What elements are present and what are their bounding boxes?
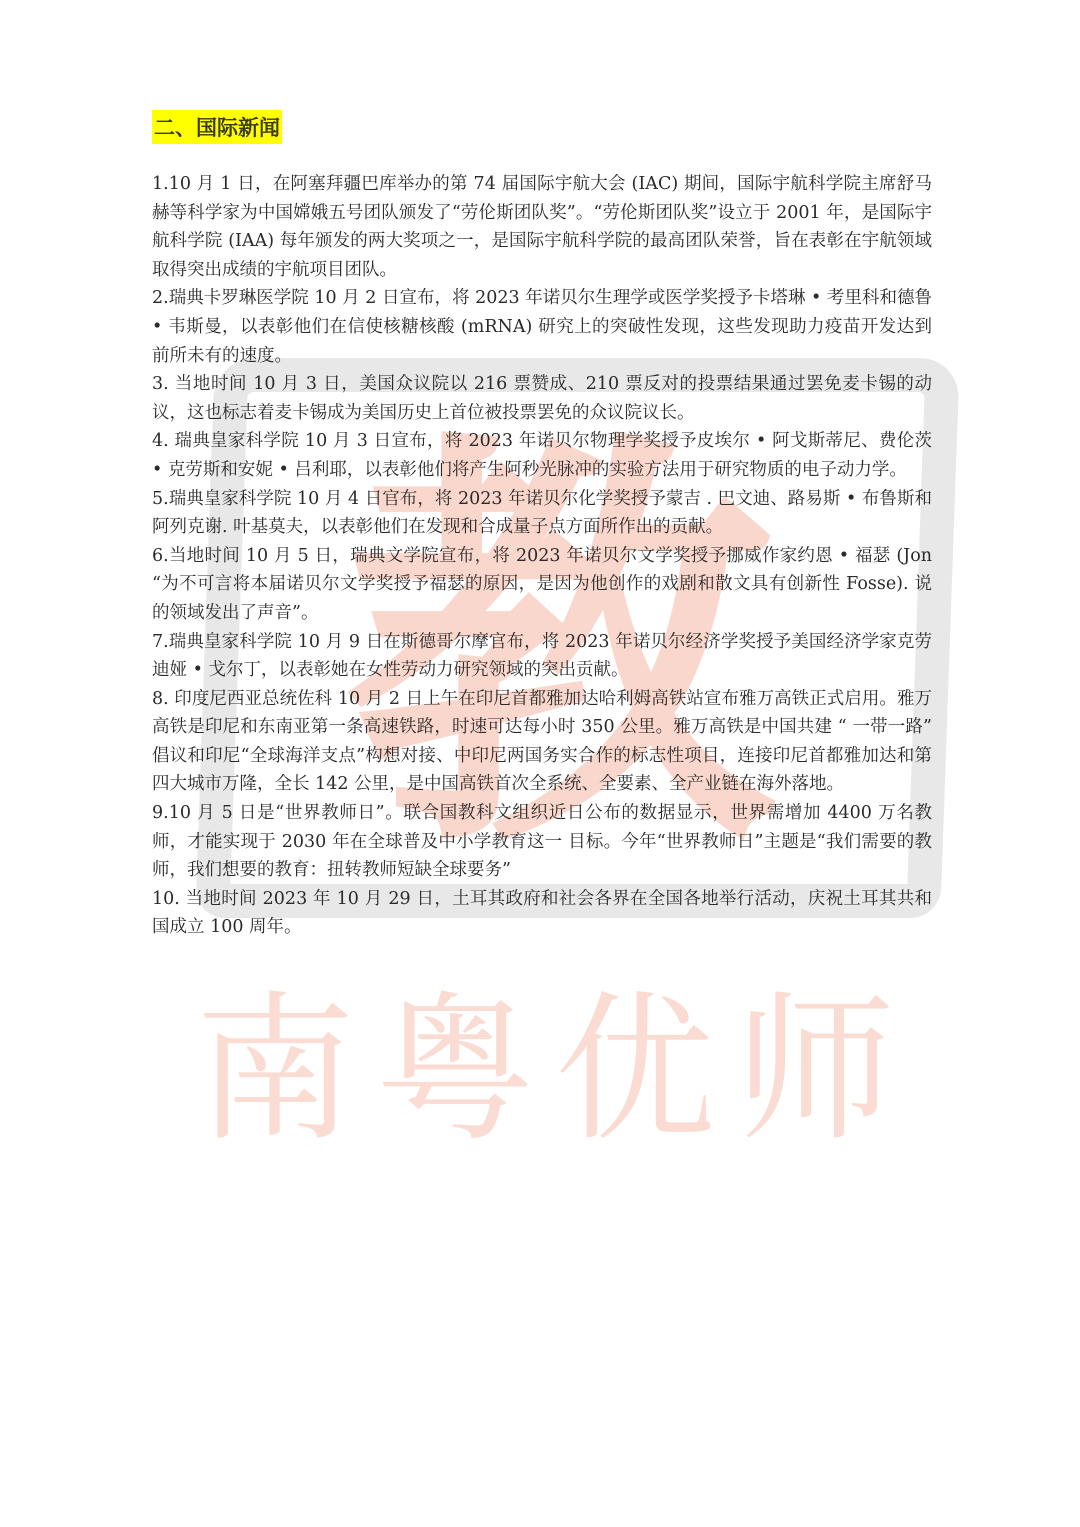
news-item-1: 1.10 月 1 日，在阿塞拜疆巴库举办的第 74 届国际宇航大会 (IAC) …: [152, 170, 932, 284]
news-item-10: 10. 当地时间 2023 年 10 月 29 日，土耳其政府和社会各界在全国各…: [152, 885, 932, 942]
news-item-5: 5.瑞典皇家科学院 10 月 4 日官布，将 2023 年诺贝尔化学奖授予蒙吉 …: [152, 485, 932, 542]
news-item-8: 8. 印度尼西亚总统佐科 10 月 2 日上午在印尼首都雅加达哈利姆高铁站宣布雅…: [152, 685, 932, 799]
news-item-7: 7.瑞典皇家科学院 10 月 9 日在斯德哥尔摩官布，将 2023 年诺贝尔经济…: [152, 628, 932, 685]
news-item-9: 9.10 月 5 日是“世界教师日”。联合国教科文组织近日公布的数据显示，世界需…: [152, 799, 932, 885]
news-item-4: 4. 瑞典皇家科学院 10 月 3 日宣布，将 2023 年诺贝尔物理学奖授予皮…: [152, 427, 932, 484]
news-item-3: 3. 当地时间 10 月 3 日，美国众议院以 216 票赞成、210 票反对的…: [152, 370, 932, 427]
section-heading: 二、国际新闻: [152, 110, 282, 144]
news-item-6: 6.当地时间 10 月 5 日，瑞典文学院宣布，将 2023 年诺贝尔文学奖授予…: [152, 542, 932, 628]
watermark-text: 南粤优师: [195, 985, 955, 1155]
news-item-2: 2.瑞典卡罗琳医学院 10 月 2 日宣布，将 2023 年诺贝尔生理学或医学奖…: [152, 284, 932, 370]
document-page: 二、国际新闻 1.10 月 1 日，在阿塞拜疆巴库举办的第 74 届国际宇航大会…: [152, 110, 932, 942]
